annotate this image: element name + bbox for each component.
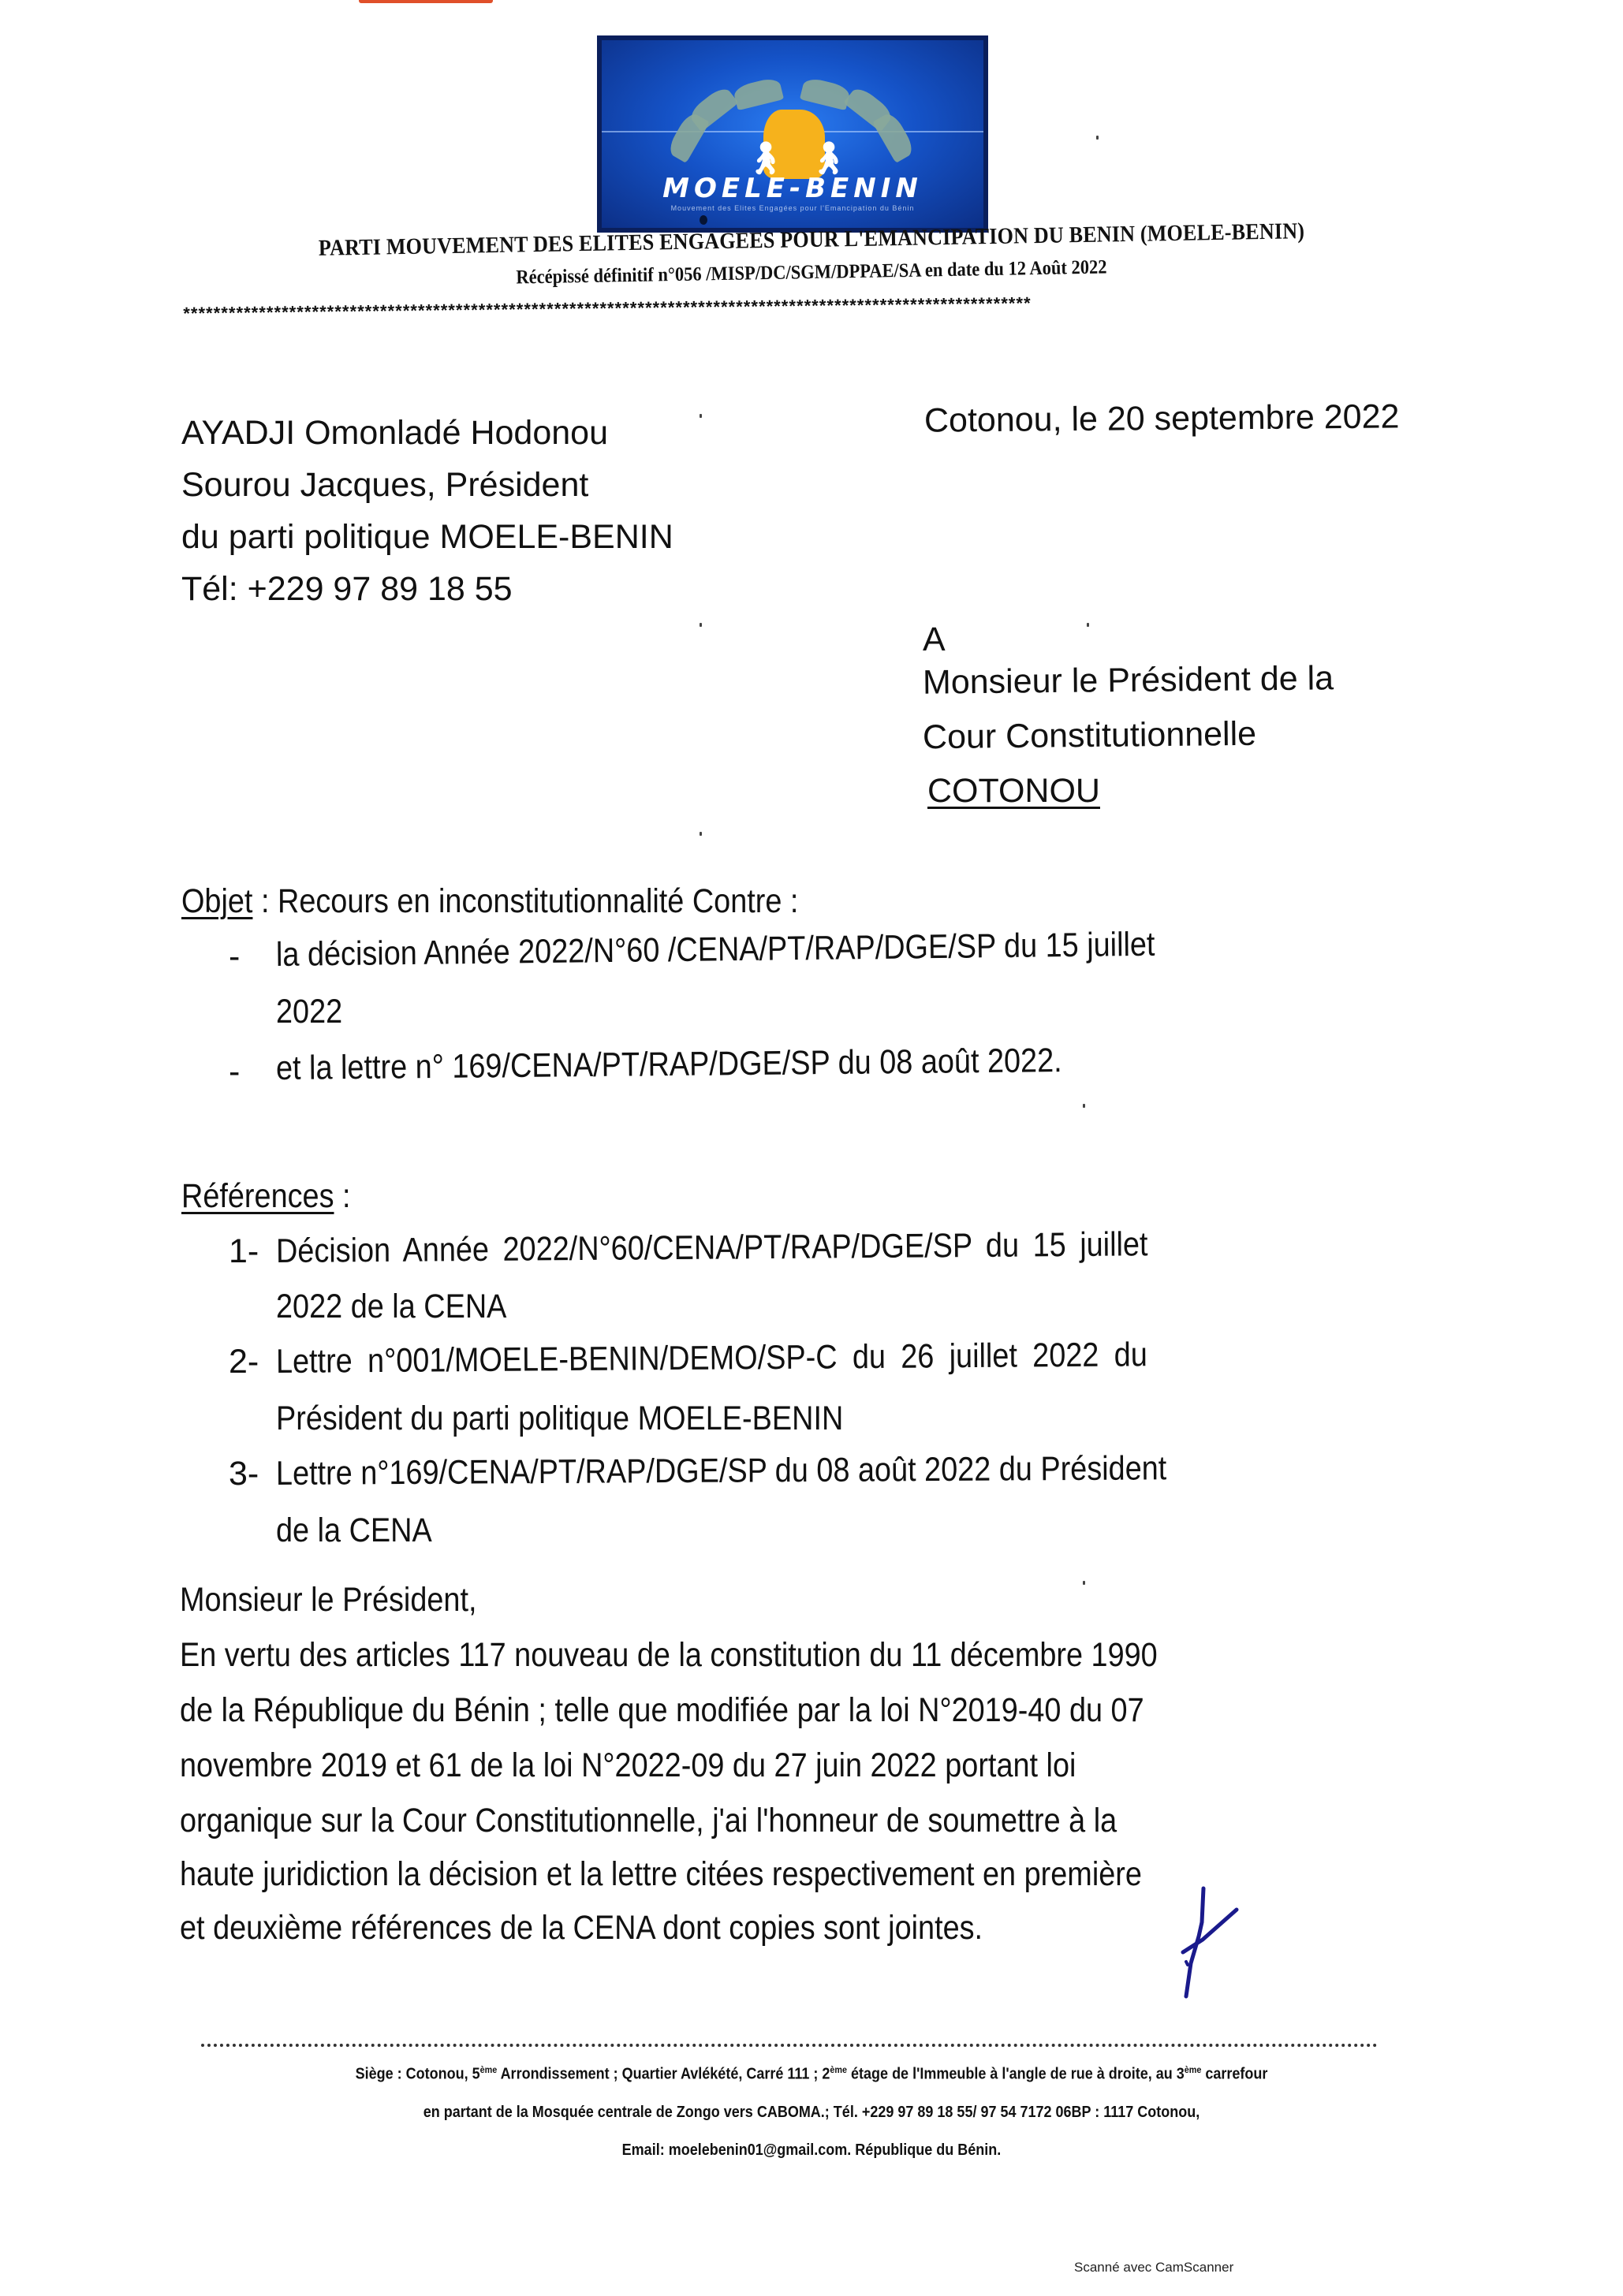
scan-speck xyxy=(700,623,702,627)
object-bullet-marker: - xyxy=(229,940,240,974)
sender-role-line: du parti politique MOELE-BENIN xyxy=(181,520,673,554)
object-label: Objet xyxy=(181,882,252,920)
object-bullet-marker: - xyxy=(229,1055,240,1089)
footer-address-line-1: Siège : Cotonou, 5ème Arrondissement ; Q… xyxy=(81,2064,1542,2084)
reference-3-marker: 3- xyxy=(229,1457,259,1491)
scan-edge-mark xyxy=(359,0,493,3)
sender-name-line-1: AYADJI Omonladé Hodonou xyxy=(181,416,608,450)
recipient-city: COTONOU xyxy=(927,774,1100,808)
reference-2-marker: 2- xyxy=(229,1345,259,1379)
party-logo: 🚶︎ 🚶︎ MOELE-BENIN Mouvement des Elites E… xyxy=(597,35,988,233)
person-left-icon: 🚶︎ xyxy=(745,143,785,174)
object-bullet-1-line-1: la décision Année 2022/N°60 /CENA/PT/RAP… xyxy=(276,928,1155,972)
recipient-line-1: Monsieur le Président de la xyxy=(923,662,1334,699)
reference-3-line-1: Lettre n°169/CENA/PT/RAP/DGE/SP du 08 ao… xyxy=(276,1452,1166,1491)
recipient-line-2: Cour Constitutionnelle xyxy=(923,717,1257,755)
references-heading: Références : xyxy=(181,1180,351,1213)
place-date: Cotonou, le 20 septembre 2022 xyxy=(924,400,1400,438)
sender-name-line-2: Sourou Jacques, Président xyxy=(181,468,588,502)
body-line-5: haute juridiction la décision et la lett… xyxy=(180,1858,1142,1892)
person-right-icon: 🚶︎ xyxy=(808,143,849,174)
logo-tagline: Mouvement des Elites Engagées pour l'Ema… xyxy=(617,204,968,212)
sender-phone: Tél: +229 97 89 18 55 xyxy=(181,572,513,606)
scan-speck xyxy=(700,414,702,418)
handwritten-signature-icon xyxy=(1136,1861,1293,2018)
reference-1-line-1: Décision Année 2022/N°60/CENA/PT/RAP/DGE… xyxy=(276,1228,1148,1269)
reference-1-marker: 1- xyxy=(229,1235,259,1269)
logo-brand-text: MOELE-BENIN xyxy=(602,173,983,204)
reference-3-line-2: de la CENA xyxy=(276,1514,432,1548)
logo-speck xyxy=(700,215,707,225)
body-line-1: En vertu des articles 117 nouveau de la … xyxy=(180,1638,1158,1672)
body-line-4: organique sur la Cour Constitutionnelle,… xyxy=(180,1804,1117,1838)
reference-1-line-2: 2022 de la CENA xyxy=(276,1290,506,1324)
scan-speck xyxy=(700,832,702,836)
object-text: : Recours en inconstitutionnalité Contre… xyxy=(252,882,798,920)
logo-ray-icon xyxy=(733,76,784,111)
object-bullet-1-line-2: 2022 xyxy=(276,995,342,1029)
logo-ray-icon xyxy=(872,110,916,163)
camscanner-watermark: Scanné avec CamScanner xyxy=(1074,2260,1233,2275)
scan-speck xyxy=(1083,1581,1085,1585)
object-bullet-2: et la lettre n° 169/CENA/PT/RAP/DGE/SP d… xyxy=(276,1044,1062,1086)
reference-2-line-1: Lettre n°001/MOELE-BENIN/DEMO/SP-C du 26… xyxy=(276,1338,1147,1379)
scan-speck xyxy=(1087,623,1089,627)
logo-ray-icon xyxy=(800,76,851,111)
footer-dotted-separator xyxy=(201,2044,1378,2047)
scan-speck xyxy=(1083,1104,1085,1108)
separator-stars: ****************************************… xyxy=(181,290,1443,326)
body-line-3: novembre 2019 et 61 de la loi N°2022-09 … xyxy=(180,1749,1076,1783)
recipient-prefix: A xyxy=(923,623,946,657)
footer-address-line-2: en partant de la Mosquée centrale de Zon… xyxy=(81,2104,1542,2122)
object-line: Objet : Recours en inconstitutionnalité … xyxy=(181,885,798,919)
reference-2-line-2: Président du parti politique MOELE-BENIN xyxy=(276,1402,843,1436)
scan-speck xyxy=(1096,136,1099,140)
footer-email-line: Email: moelebenin01@gmail.com. Républiqu… xyxy=(81,2141,1542,2160)
body-line-6: et deuxième références de la CENA dont c… xyxy=(180,1911,983,1945)
body-line-2: de la République du Bénin ; telle que mo… xyxy=(180,1694,1144,1728)
salutation: Monsieur le Président, xyxy=(180,1583,476,1617)
references-label: Références xyxy=(181,1177,334,1215)
